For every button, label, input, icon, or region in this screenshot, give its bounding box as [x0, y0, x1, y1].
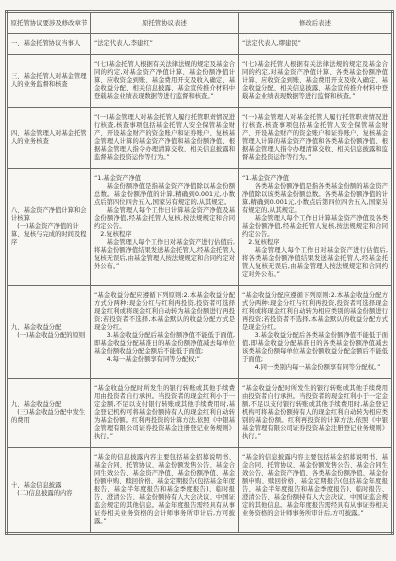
header-row: 原托管协议要涉及修改章节 原托管协议表述 修改后表述 [7, 12, 393, 34]
paragraph: 基金管理人每个工作日计算基金资产净值及各类基金份额净值,经基金托管人复核,按法规… [242, 215, 388, 239]
paragraph: “(一)基金管理人对基金托管人履行托管职责情况进行核查,核查事项包括基金托管人安… [94, 114, 235, 162]
paragraph: “基金的信息披露内容主要包括基金招募说明书、基金合同、托管协议、基金份额发售公告… [242, 454, 388, 518]
paragraph: (二)信息披露的内容 [11, 490, 87, 498]
paragraph: “基金收益分配时所发生的银行转账或其他手续费用由投资者自行承担。当投资者的现金红… [242, 385, 388, 441]
paragraph: 一、基金托管协议当事人 [11, 40, 87, 48]
section-cell: 十、基金信息披露(二)信息披露的内容 [7, 448, 91, 534]
paragraph: 各类基金份额净值是指各类基金份额的基金资产净值除以该类基金份额总数。各类基金份额… [242, 183, 388, 215]
paragraph: 基金份额净值是指基金资产净值除以基金份额总数。基金份额净值的计算,精确到0.00… [94, 183, 235, 207]
paragraph: (三)基金收益分配中发生的费用 [11, 409, 87, 425]
document-page: 原托管协议要涉及修改章节 原托管协议表述 修改后表述 一、基金托管协议当事人“法… [0, 0, 396, 561]
amendment-table: 原托管协议要涉及修改章节 原托管协议表述 修改后表述 一、基金托管协议当事人“法… [5, 10, 394, 535]
table-row: 九、基金收益分配(三)基金收益分配中发生的费用“基金收益分配时所发生的银行转账或… [7, 379, 393, 448]
col-header-revised: 修改后表述 [239, 12, 393, 34]
revised-cell: “1.基金资产净值各类基金份额净值是指各类基金份额的基金资产净值除以该类基金份额… [239, 169, 393, 286]
section-cell: 四、基金管理人对基金托管人的业务核查 [7, 108, 91, 169]
paragraph: 4.同一类别内每一基金份额享有同等分配权。” [242, 364, 388, 372]
paragraph: 3.基金收益分配后各类基金份额净值不能低于面值,即基金收益分配基准日的各类基金份… [242, 332, 388, 364]
revised-cell: “(一)基金管理人对基金托管人履行托管职责情况进行核查,核查事项包括基金托管人安… [239, 108, 393, 169]
paragraph: “(一)基金管理人对基金托管人履行托管职责情况进行核查,核查事项包括基金托管人安… [242, 114, 388, 162]
section-cell: 三、基金托管人对基金管理人的业务监督和核查 [7, 55, 91, 108]
revised-cell: “(七)基金托管人根据有关法律法规的规定及基金合同的约定,对基金资产净值计算、各… [239, 55, 393, 108]
table-row: 三、基金托管人对基金管理人的业务监督和核查“(七)基金托管人根据有关法律法规的规… [7, 55, 393, 108]
paragraph: “1.基金资产净值 [94, 175, 235, 183]
revised-cell: “基金收益分配应遵循下列原则:2.本基金收益分配方式分两种:现金分红与红利再投资… [239, 286, 393, 379]
section-cell: 八、基金资产净值计算和会计核算(一)基金资产净值的计算、复核与完成的时间及程序 [7, 169, 91, 286]
paragraph: 基金管理人每个工作日计算基金资产净值及基金份额净值,经基金托管人复核,按法规规定… [94, 207, 235, 231]
table-row: 十、基金信息披露(二)信息披露的内容“基金的信息披露内容主要包括基金招募说明书、… [7, 448, 393, 534]
revised-cell: “基金收益分配时所发生的银行转账或其他手续费用由投资者自行承担。当投资者的现金红… [239, 379, 393, 448]
paragraph: 九、基金收益分配 [11, 324, 87, 332]
section-cell: 九、基金收益分配(一)基金收益分配的原则 [7, 286, 91, 379]
table-row: 一、基金托管协议当事人“法定代表人,李建红”“法定代表人,缪建民” [7, 34, 393, 55]
paragraph: “法定代表人,李建红” [94, 40, 235, 48]
paragraph: 2.复核程序 [242, 239, 388, 247]
original-cell: “1.基金资产净值基金份额净值是指基金资产净值除以基金份额总数。基金份额净值的计… [91, 169, 239, 286]
paragraph: (一)基金收益分配的原则 [11, 332, 87, 340]
section-cell: 九、基金收益分配(三)基金收益分配中发生的费用 [7, 379, 91, 448]
table-row: 九、基金收益分配(一)基金收益分配的原则“基金收益分配应遵循下列原则:2.本基金… [7, 286, 393, 379]
paragraph: 四、基金管理人对基金托管人的业务核查 [11, 130, 87, 146]
table-row: 八、基金资产净值计算和会计核算(一)基金资产净值的计算、复核与完成的时间及程序“… [7, 169, 393, 286]
revised-cell: “基金的信息披露内容主要包括基金招募说明书、基金合同、托管协议、基金份额发售公告… [239, 448, 393, 534]
table-body: 一、基金托管协议当事人“法定代表人,李建红”“法定代表人,缪建民”三、基金托管人… [7, 34, 393, 534]
paragraph: “1.基金资产净值 [242, 175, 388, 183]
col-header-section: 原托管协议要涉及修改章节 [7, 12, 91, 34]
paragraph: 2.复核程序 [94, 231, 235, 239]
paragraph: “基金收益分配应遵循下列原则:2.本基金收益分配方式分两种:现金分红与红利再投资… [242, 292, 388, 332]
table-header: 原托管协议要涉及修改章节 原托管协议表述 修改后表述 [7, 12, 393, 34]
paragraph: 十、基金信息披露 [11, 482, 87, 490]
paragraph: “(七)基金托管人根据有关法律法规的规定及基金合同的约定,对基金资产净值计算、基… [94, 61, 235, 101]
paragraph: 三、基金托管人对基金管理人的业务监督和核查 [11, 73, 87, 89]
paragraph: “(七)基金托管人根据有关法律法规的规定及基金合同的约定,对基金资产净值计算、各… [242, 61, 388, 101]
paragraph: “基金收益分配应遵循下列原则:2.本基金收益分配方式分两种:现金分红与红利再投资… [94, 292, 235, 332]
original-cell: “基金收益分配时所发生的银行转账或其他手续费用由投资者自行承担。当投资者的现金红… [91, 379, 239, 448]
paragraph: (一)基金资产净值的计算、复核与完成的时间及程序 [11, 223, 87, 247]
original-cell: “基金的信息披露内容主要包括基金招募说明书、基金合同、托管协议、基金份额发售公告… [91, 448, 239, 534]
paragraph: 九、基金收益分配 [11, 401, 87, 409]
paragraph: 基金管理人每个工作日对基金资产进行估值后,将基金份额净值结果发送基金托管人,经基… [94, 239, 235, 271]
paragraph: 八、基金资产净值计算和会计核算 [11, 207, 87, 223]
paragraph: 4.每一基金份额享有同等分配权;” [94, 356, 235, 364]
original-cell: “法定代表人,李建红” [91, 34, 239, 55]
paragraph: “基金收益分配时所发生的银行转账或其他手续费用由投资者自行承担。当投资者的现金红… [94, 385, 235, 441]
original-cell: “(一)基金管理人对基金托管人履行托管职责情况进行核查,核查事项包括基金托管人安… [91, 108, 239, 169]
revised-cell: “法定代表人,缪建民” [239, 34, 393, 55]
paragraph: “法定代表人,缪建民” [242, 40, 388, 48]
paragraph: 基金管理人每个工作日对基金资产进行估值后,将各类基金份额净值结果发送基金托管人,… [242, 247, 388, 279]
table-row: 四、基金管理人对基金托管人的业务核查“(一)基金管理人对基金托管人履行托管职责情… [7, 108, 393, 169]
paragraph: 3.基金收益分配后基金份额净值不能低于面值,即基金收益分配基准日的基金份额净值减… [94, 332, 235, 356]
col-header-original: 原托管协议表述 [91, 12, 239, 34]
section-cell: 一、基金托管协议当事人 [7, 34, 91, 55]
original-cell: “(七)基金托管人根据有关法律法规的规定及基金合同的约定,对基金资产净值计算、基… [91, 55, 239, 108]
paragraph: “基金的信息披露内容主要包括基金招募说明书、基金合同、托管协议、基金份额发售公告… [94, 454, 235, 526]
original-cell: “基金收益分配应遵循下列原则:2.本基金收益分配方式分两种:现金分红与红利再投资… [91, 286, 239, 379]
